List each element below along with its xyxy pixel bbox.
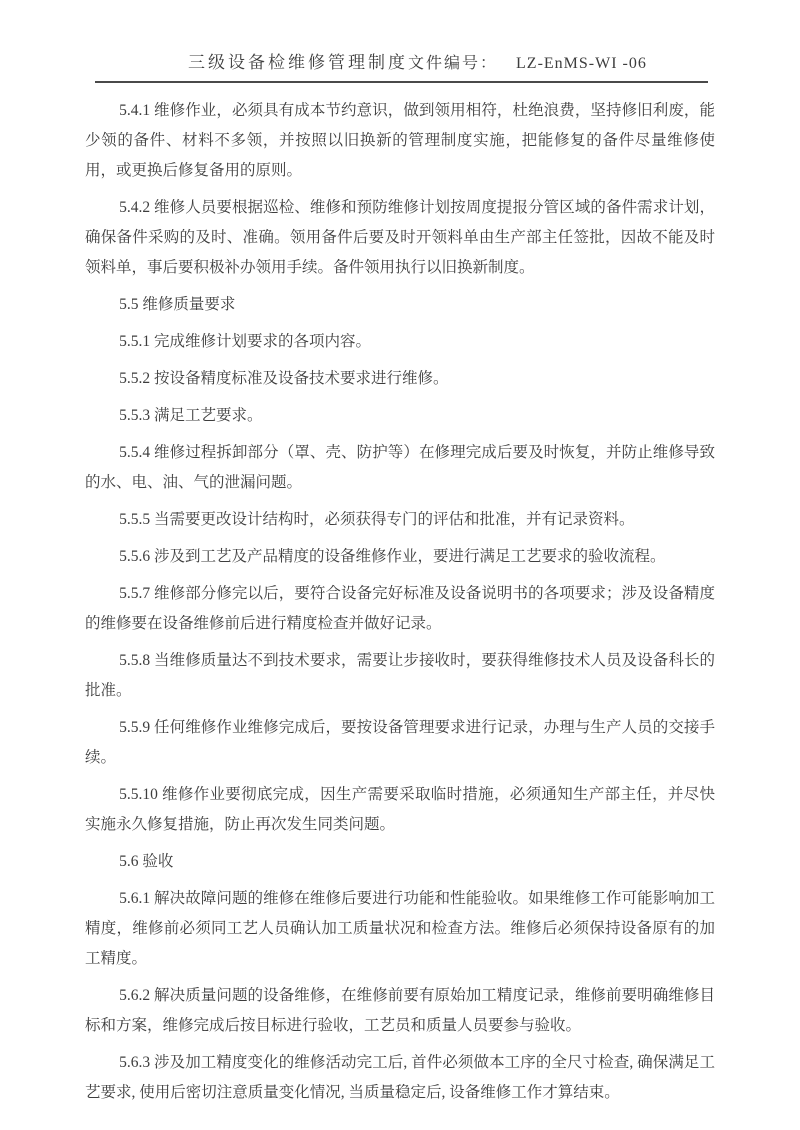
document-body: 5.4.1 维修作业，必须具有成本节约意识，做到领用相符，杜绝浪费，坚持修旧利废… [0, 83, 800, 1108]
document-number: 文件编号： LZ-EnMS-WI -06 [408, 50, 647, 73]
paragraph-5-5-4: 5.5.4 维修过程拆卸部分（罩、壳、防护等）在修理完成后要及时恢复，并防止维修… [85, 438, 715, 498]
paragraph-5-5-3: 5.5.3 满足工艺要求。 [85, 401, 715, 431]
paragraph-5-6-3: 5.6.3 涉及加工精度变化的维修活动完工后, 首件必须做本工序的全尺寸检查, … [85, 1048, 715, 1108]
paragraph-5-5-5: 5.5.5 当需要更改设计结构时，必须获得专门的评估和批准，并有记录资料。 [85, 505, 715, 535]
paragraph-5-5-1: 5.5.1 完成维修计划要求的各项内容。 [85, 327, 715, 357]
paragraph-5-5-6: 5.5.6 涉及到工艺及产品精度的设备维修作业，要进行满足工艺要求的验收流程。 [85, 542, 715, 572]
paragraph-5-4-1: 5.4.1 维修作业，必须具有成本节约意识，做到领用相符，杜绝浪费，坚持修旧利废… [85, 96, 715, 186]
document-title: 三级设备检维修管理制度 [188, 48, 408, 73]
paragraph-5-5-8: 5.5.8 当维修质量达不到技术要求，需要让步接收时，要获得维修技术人员及设备科… [85, 646, 715, 706]
document-number-label: 文件编号： [408, 55, 498, 72]
paragraph-5-6-2: 5.6.2 解决质量问题的设备维修，在维修前要有原始加工精度记录，维修前要明确维… [85, 981, 715, 1041]
section-heading-5-6: 5.6 验收 [85, 847, 715, 877]
section-heading-5-5: 5.5 维修质量要求 [85, 290, 715, 320]
document-page: 三级设备检维修管理制度 文件编号： LZ-EnMS-WI -06 5.4.1 维… [0, 0, 800, 1130]
paragraph-5-4-2: 5.4.2 维修人员要根据巡检、维修和预防维修计划按周度提报分管区域的备件需求计… [85, 193, 715, 283]
document-header: 三级设备检维修管理制度 文件编号： LZ-EnMS-WI -06 [95, 0, 708, 83]
paragraph-5-5-10: 5.5.10 维修作业要彻底完成，因生产需要采取临时措施，必须通知生产部主任，并… [85, 780, 715, 840]
paragraph-5-5-9: 5.5.9 任何维修作业维修完成后，要按设备管理要求进行记录，办理与生产人员的交… [85, 713, 715, 773]
paragraph-5-5-7: 5.5.7 维修部分修完以后，要符合设备完好标准及设备说明书的各项要求；涉及设备… [85, 579, 715, 639]
paragraph-5-6-1: 5.6.1 解决故障问题的维修在维修后要进行功能和性能验收。如果维修工作可能影响… [85, 884, 715, 974]
paragraph-5-5-2: 5.5.2 按设备精度标准及设备技术要求进行维修。 [85, 364, 715, 394]
document-number-value: LZ-EnMS-WI -06 [516, 55, 647, 72]
